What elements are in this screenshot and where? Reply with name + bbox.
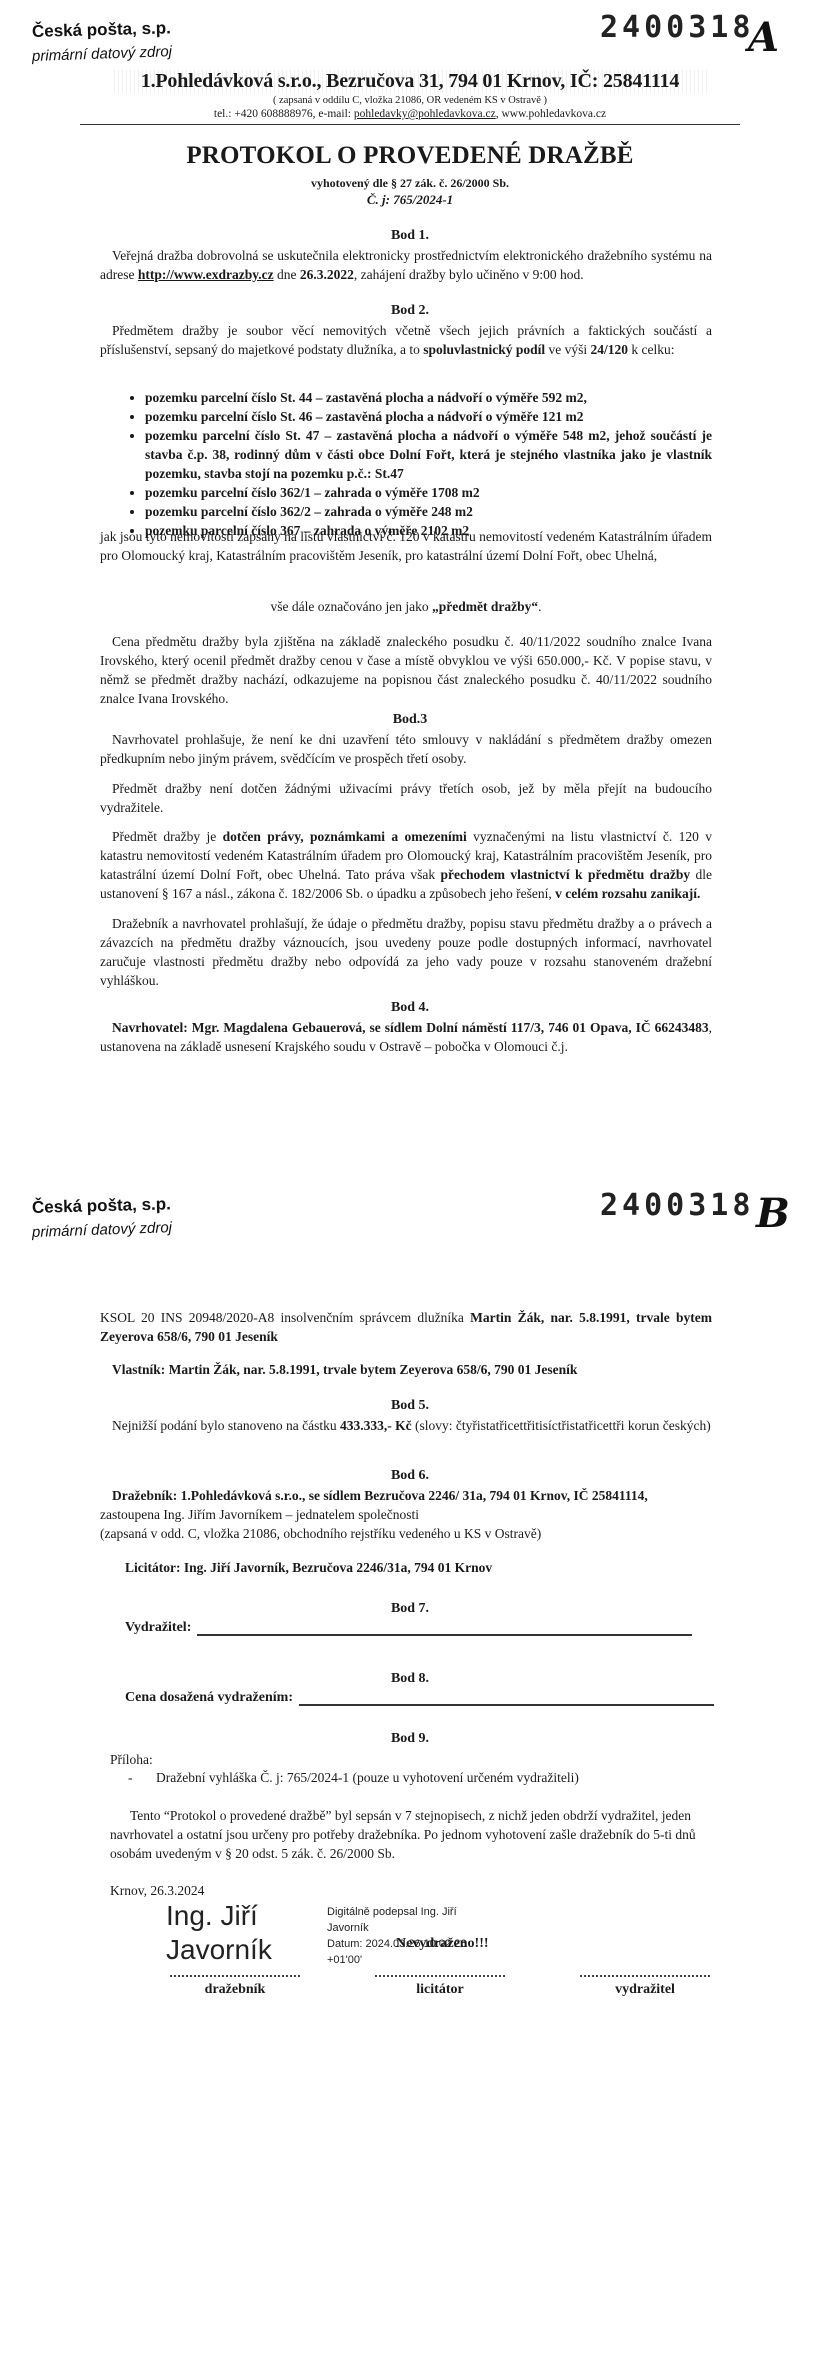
document-number: 2400318: [600, 1188, 754, 1223]
bod3-paragraph-1: Navrhovatel prohlašuje, že není ke dni u…: [100, 730, 712, 768]
bod3-bold-part: v celém rozsahu zanikají.: [555, 886, 700, 901]
document-page-a: Česká pošta, s.p. primární datový zdroj …: [0, 0, 820, 1176]
stamp-line-2: primární datový zdroj: [32, 1219, 173, 1241]
copies-paragraph: Tento “Protokol o provedené dražbě” byl …: [110, 1806, 715, 1863]
signature-name-line-1: Ing. Jiří: [166, 1899, 272, 1933]
page-title: PROTOKOL O PROVEDENÉ DRAŽBĚ: [0, 142, 820, 170]
section-heading-bod2: Bod 2.: [0, 303, 820, 319]
designation-line: vše dále označováno jen jako „předmět dr…: [100, 597, 712, 616]
bod1-text-part: dne: [274, 267, 300, 282]
signature-label-auctioneer: dražebník: [165, 1982, 305, 1998]
contact-phone: tel.: +420 608888976, e-mail:: [214, 108, 354, 120]
petitioner-details: Navrhovatel: Mgr. Magdalena Gebauerová, …: [112, 1020, 709, 1035]
document-page-b: Česká pošta, s.p. primární datový zdroj …: [0, 1176, 820, 2356]
auctioneer-details: Dražebník: 1.Pohledávková s.r.o., se síd…: [100, 1486, 712, 1505]
section-heading-bod4: Bod 4.: [0, 1000, 820, 1016]
signature-label-licitator: licitátor: [370, 1982, 510, 1998]
dash-bullet: -: [128, 1768, 156, 1787]
section-heading-bod5: Bod 5.: [0, 1398, 820, 1414]
designation-text: .: [538, 599, 541, 614]
section-heading-bod6: Bod 6.: [0, 1468, 820, 1484]
signature-label-bidder: vydražitel: [575, 1982, 715, 1998]
company-name: 1.Pohledávková s.r.o., Bezručova 31, 794…: [111, 70, 709, 93]
co-ownership-share-label: spoluvlastnický podíl: [423, 342, 545, 357]
bod4-paragraph: Navrhovatel: Mgr. Magdalena Gebauerová, …: [100, 1018, 712, 1056]
page-subtitle: vyhotovený dle § 27 zák. č. 26/2000 Sb.: [0, 176, 820, 191]
company-contact: tel.: +420 608888976, e-mail: pohledavky…: [0, 108, 820, 120]
bod2-text-part: k celku:: [628, 342, 675, 357]
parcel-item: pozemku parcelní číslo 362/2 – zahrada o…: [145, 502, 712, 521]
registry-paragraph: jak jsou tyto nemovitosti zapsány na lis…: [100, 527, 712, 565]
designation-text: vše dále označováno jen jako: [270, 599, 432, 614]
designation-term: „předmět dražby“: [432, 599, 538, 614]
parcel-item: pozemku parcelní číslo St. 44 – zastavěn…: [145, 388, 712, 407]
bod5-paragraph: Nejnižší podání bylo stanoveno na částku…: [100, 1416, 712, 1435]
auction-date: 26.3.2022: [300, 267, 354, 282]
signature-line-auctioneer: [170, 1975, 300, 1977]
bod2-text-part: ve výši: [545, 342, 590, 357]
bod3-paragraph-2: Předmět dražby není dotčen žádnými uživa…: [100, 779, 712, 817]
bod3-bold-part: přechodem vlastnictví k předmětu dražby: [441, 867, 691, 882]
document-number: 2400318: [600, 10, 754, 45]
signature-name: Ing. Jiří Javorník: [166, 1899, 272, 1967]
bod3-text-part: Předmět dražby je: [112, 829, 223, 844]
digital-signature-line: +01'00': [327, 1952, 466, 1968]
parcel-item: pozemku parcelní číslo 362/1 – zahrada o…: [145, 483, 712, 502]
section-heading-bod8: Bod 8.: [0, 1671, 820, 1687]
achieved-price-label: Cena dosažená vydražením:: [125, 1690, 293, 1706]
stamp-line-1: Česká pošta, s.p.: [32, 18, 173, 42]
valuation-paragraph: Cena předmětu dražby byla zjištěna na zá…: [100, 632, 712, 708]
section-heading-bod9: Bod 9.: [0, 1731, 820, 1747]
licitator-line: Licitátor: Ing. Jiří Javorník, Bezručova…: [125, 1558, 737, 1577]
achieved-price-field: Cena dosažená vydražením:: [125, 1690, 714, 1706]
section-bod2-intro: Předmětem dražby je soubor věcí nemovitý…: [100, 321, 712, 359]
signature-line-licitator: [375, 1975, 505, 1977]
attachment-item: -Dražební vyhláška Č. j: 765/2024-1 (pou…: [128, 1768, 728, 1787]
digital-signature-line: Javorník: [327, 1920, 466, 1936]
document-letter: B: [756, 1190, 790, 1237]
section-heading-bod1: Bod 1.: [0, 228, 820, 244]
postal-stamp: Česká pošta, s.p. primární datový zdroj: [32, 22, 172, 65]
section-heading-bod3: Bod.3: [0, 712, 820, 728]
contact-website: , www.pohledavkova.cz: [496, 108, 606, 120]
continuation-text: KSOL 20 INS 20948/2020-A8 insolvenčním s…: [100, 1310, 470, 1325]
attachment-item-text: Dražební vyhláška Č. j: 765/2024-1 (pouz…: [156, 1770, 579, 1785]
section-heading-bod7: Bod 7.: [0, 1601, 820, 1617]
parcel-item: pozemku parcelní číslo St. 46 – zastavěn…: [145, 407, 712, 426]
reference-number: Č. j: 765/2024-1: [0, 192, 820, 208]
exdrazby-link[interactable]: http://www.exdrazby.cz: [138, 267, 274, 282]
stamp-line-2: primární datový zdroj: [32, 43, 173, 65]
continuation-paragraph: KSOL 20 INS 20948/2020-A8 insolvenčním s…: [100, 1308, 712, 1346]
signature-name-line-2: Javorník: [166, 1933, 272, 1967]
letterhead: 1.Pohledávková s.r.o., Bezručova 31, 794…: [0, 70, 820, 125]
achieved-price-blank: [299, 1694, 714, 1706]
bod3-bold-part: dotčen právy, poznámkami a omezeními: [223, 829, 467, 844]
company-registration: ( zapsaná v oddílu C, vložka 21086, OR v…: [0, 95, 820, 106]
digital-signature-line: Digitálně podepsal Ing. Jiří: [327, 1904, 466, 1920]
bod5-text: (slovy: čtyřistatřicettřitisíctřistatřic…: [412, 1418, 711, 1433]
letterhead-divider: [80, 124, 740, 125]
signature-line-bidder: [580, 1975, 710, 1977]
stamp-line-1: Česká pošta, s.p.: [32, 1194, 173, 1218]
contact-email-link[interactable]: pohledavky@pohledavkova.cz: [354, 108, 496, 120]
bod5-text: Nejnižší podání bylo stanoveno na částku: [112, 1418, 340, 1433]
winning-bidder-field: Vydražitel:: [125, 1620, 692, 1636]
bod6-paragraph: Dražebník: 1.Pohledávková s.r.o., se síd…: [100, 1486, 712, 1543]
postal-stamp: Česká pošta, s.p. primární datový zdroj: [32, 1198, 172, 1241]
auctioneer-representative: zastoupena Ing. Jiřím Javorníkem – jedna…: [100, 1505, 712, 1524]
bod1-text-part: , zahájení dražby bylo učiněno v 9:00 ho…: [354, 267, 584, 282]
auctioneer-registration: (zapsaná v odd. C, vložka 21086, obchodn…: [100, 1524, 712, 1543]
share-value: 24/120: [591, 342, 629, 357]
bod3-paragraph-3: Předmět dražby je dotčen právy, poznámka…: [100, 827, 712, 903]
minimum-bid-amount: 433.333,- Kč: [340, 1418, 412, 1433]
bod3-paragraph-4: Dražebník a navrhovatel prohlašují, že ú…: [100, 914, 712, 990]
winning-bidder-label: Vydražitel:: [125, 1620, 191, 1636]
owner-line: Vlastník: Martin Žák, nar. 5.8.1991, trv…: [112, 1360, 724, 1379]
nevydrazeno: Nevydraženo!!!: [396, 1936, 489, 1952]
attachment-label: Příloha:: [110, 1750, 722, 1769]
document-letter: A: [748, 14, 779, 61]
place-and-date: Krnov, 26.3.2024: [110, 1881, 722, 1900]
parcel-list: pozemku parcelní číslo St. 44 – zastavěn…: [100, 388, 712, 540]
parcel-item: pozemku parcelní číslo St. 47 – zastavěn…: [145, 426, 712, 483]
winning-bidder-blank: [197, 1624, 692, 1636]
section-bod1-text: Veřejná dražba dobrovolná se uskutečnila…: [100, 246, 712, 284]
